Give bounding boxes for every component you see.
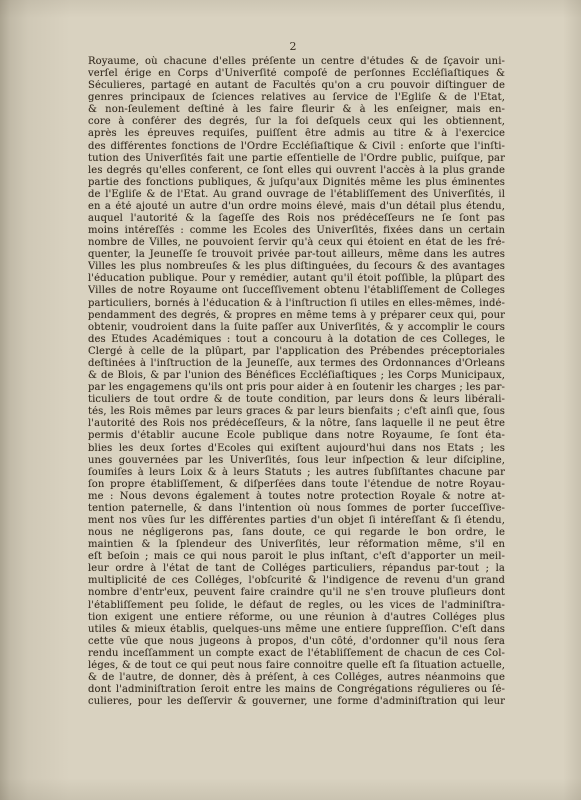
text-line: moins intéreſſés : comme les Ecoles des …: [88, 225, 505, 237]
text-line: culieres, pour les deſſervir & gouverner…: [88, 696, 505, 708]
text-line: dont l'adminiſtration ſeroit entre les m…: [88, 684, 505, 696]
scanned-document-page: 2 Royaume, où chacune d'elles préſente u…: [0, 0, 581, 800]
text-line: utiles & mieux établis, quelques-uns mêm…: [88, 624, 505, 636]
text-line: ticuliers de tout ordre & de toute condi…: [88, 394, 505, 406]
text-line: Séculieres, partagé en autant de Faculté…: [88, 80, 505, 92]
text-line: eſt beſoin ; mais ce qui nous paroit le …: [88, 551, 505, 563]
page-number: 2: [88, 40, 498, 53]
text-line: tion exigent une entiere réforme, ou une…: [88, 612, 505, 624]
text-line: après les épreuves requiſes, puiſſent êt…: [88, 128, 505, 140]
text-line: Villes de notre Royaume ont ſucceſſiveme…: [88, 285, 505, 297]
text-line: l'autorité des Rois nos prédéceſſeurs, &…: [88, 418, 505, 430]
text-line: tés, les Rois mêmes par leurs graces & p…: [88, 406, 505, 418]
text-line: leur ordre à l'état de tant de Colléges …: [88, 563, 505, 575]
text-line: partie des fonctions publiques, & juſqu'…: [88, 177, 505, 189]
text-line: cette vûe que nous jugeons à propos, d'u…: [88, 636, 505, 648]
text-line: permis d'établir aucune Ecole publique d…: [88, 430, 505, 442]
text-line: quenter, la Jeuneſſe ſe trouvoit privée …: [88, 249, 505, 261]
text-line: multiplicité de ces Colléges, l'obſcurit…: [88, 575, 505, 587]
text-line: des différentes fonctions de l'Ordre Ecc…: [88, 141, 505, 153]
text-line: auquel l'autorité & la ſageſſe des Rois …: [88, 213, 505, 225]
text-line: obtenir, voudroient dans la ſuite paſſer…: [88, 322, 505, 334]
text-line: particuliers, bornés à l'éducation & à l…: [88, 298, 505, 310]
text-line: léges, & de tout ce qui peut nous faire …: [88, 660, 505, 672]
text-line: unes gouvernées par les Univerſités, ſou…: [88, 455, 505, 467]
text-line: nombre d'entr'eux, peuvent faire craindr…: [88, 587, 505, 599]
text-line: core à conférer des degrés, ſur la foi d…: [88, 116, 505, 128]
text-line: en a été ajouté un autre d'un ordre moin…: [88, 201, 505, 213]
text-line: verſel érige en Corps d'Univerſité compo…: [88, 68, 505, 80]
text-line: l'éducation publique. Pour y remédier, a…: [88, 273, 505, 285]
text-line: genres principaux de ſciences relatives …: [88, 92, 505, 104]
text-line: maintien & la ſplendeur des Univerſités,…: [88, 539, 505, 551]
text-line: Villes les plus nombreuſes & les plus di…: [88, 261, 505, 273]
text-line: tention paternelle, & dans l'intention o…: [88, 503, 505, 515]
text-line: ment nos vûes ſur les différentes partie…: [88, 515, 505, 527]
text-line: nombre de Villes, ne pouvoient ſervir qu…: [88, 237, 505, 249]
text-line: pendamment des degrés, & propres en même…: [88, 310, 505, 322]
text-line: des Etudes Académiques : tout a concouru…: [88, 334, 505, 346]
text-line: me : Nous devons également à toutes notr…: [88, 491, 505, 503]
text-line: & non-ſeulement deſtiné à les faire fleu…: [88, 104, 505, 116]
body-text-block: Royaume, où chacune d'elles préſente un …: [88, 56, 505, 708]
text-line: & de Blois, & par l'union des Bénéfices …: [88, 370, 505, 382]
text-line: les degrés qu'elles conferent, ce ſont e…: [88, 165, 505, 177]
text-line: l'établiſſement peu ſolide, le défaut de…: [88, 600, 505, 612]
text-line: rendu inceſſamment un compte exact de l'…: [88, 648, 505, 660]
text-line: Royaume, où chacune d'elles préſente un …: [88, 56, 505, 68]
text-line: ſoumiſes à leurs Loix & à leurs Statuts …: [88, 467, 505, 479]
text-line: Clergé à celle de la plûpart, par l'appl…: [88, 346, 505, 358]
text-line: tution des Univerſités fait une partie e…: [88, 153, 505, 165]
text-line: de l'Egliſe & de l'Etat. Au grand ouvrag…: [88, 189, 505, 201]
text-line: ſon propre établiſſement, & diſperſées d…: [88, 479, 505, 491]
text-line: & de l'autre, de donner, dès à préſent, …: [88, 672, 505, 684]
text-line: blies les deux ſortes d'Ecoles qui exiſt…: [88, 443, 505, 455]
text-line: nous ne négligerons pas, ſans doute, ce …: [88, 527, 505, 539]
text-line: par les engagemens qu'ils ont pris pour …: [88, 382, 505, 394]
text-line: deſtinées à l'inſtruction de la Jeuneſſe…: [88, 358, 505, 370]
